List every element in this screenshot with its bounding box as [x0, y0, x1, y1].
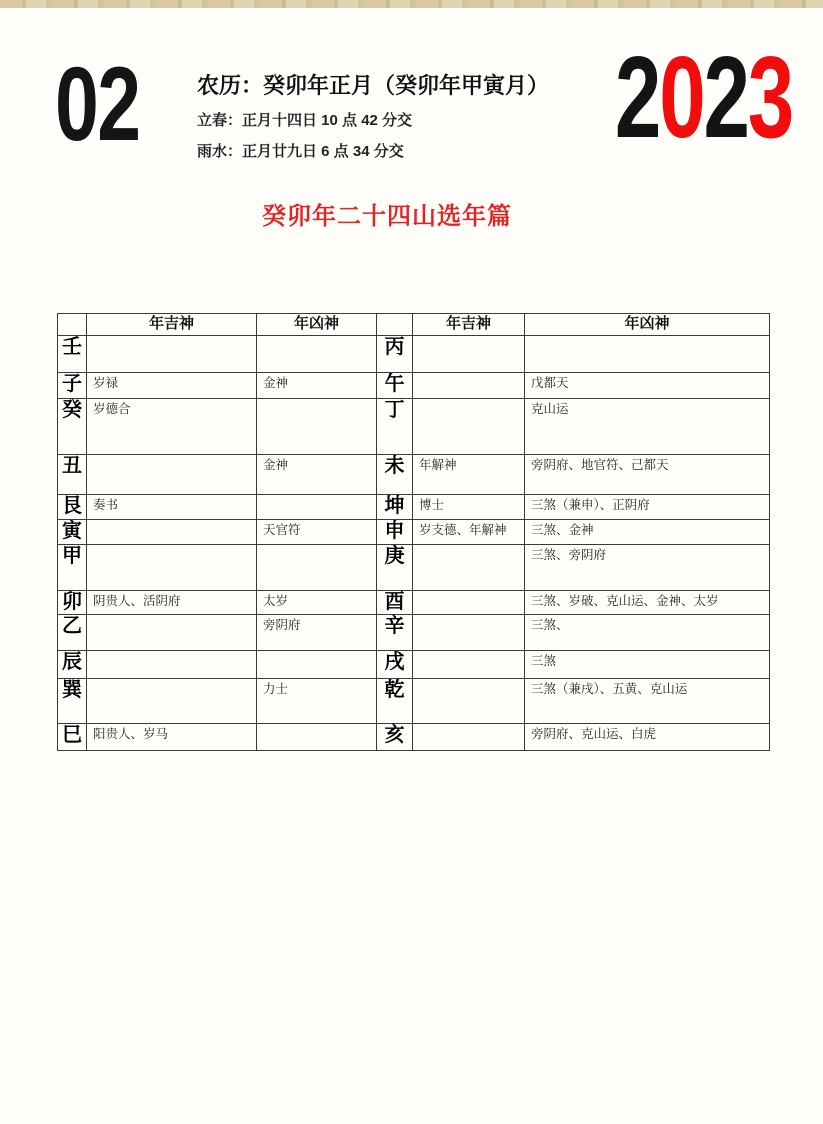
mountain-cell: 子 [58, 373, 87, 399]
top-decorative-border [0, 0, 823, 8]
table-row: 巽 力士 乾 三煞（兼戌）、五黄、克山运 [58, 679, 770, 724]
xiong-cell: 金神 [257, 455, 377, 495]
xiong-cell: 三煞、岁破、克山运、金神、太岁 [525, 591, 770, 615]
ji-cell: 岁德合 [87, 399, 257, 455]
header-ji-left: 年吉神 [87, 314, 257, 336]
header-blank-right [377, 314, 413, 336]
mountain-cell: 艮 [58, 495, 87, 520]
ji-cell [413, 373, 525, 399]
xiong-cell: 三煞、 [525, 615, 770, 651]
mountain-cell: 酉 [377, 591, 413, 615]
mountain-cell: 戌 [377, 651, 413, 679]
table-row: 卯 阴贵人、活阴府 太岁 酉 三煞、岁破、克山运、金神、太岁 [58, 591, 770, 615]
mountain-cell: 壬 [58, 336, 87, 373]
ji-cell: 阳贵人、岁马 [87, 724, 257, 751]
xiong-cell: 三煞、金神 [525, 520, 770, 545]
table-row: 壬 丙 [58, 336, 770, 373]
table-row: 巳 阳贵人、岁马 亥 旁阴府、克山运、白虎 [58, 724, 770, 751]
header-text-block: 农历：癸卯年正月（癸卯年甲寅月） 立春：正月十四日 10 点 42 分交 雨水：… [197, 72, 549, 175]
mountain-cell: 巳 [58, 724, 87, 751]
xiong-cell: 太岁 [257, 591, 377, 615]
mountain-cell: 亥 [377, 724, 413, 751]
year-digit-4: 3 [748, 32, 792, 162]
mountain-cell: 辰 [58, 651, 87, 679]
xiong-cell [257, 545, 377, 591]
xiong-cell: 三煞（兼戌）、五黄、克山运 [525, 679, 770, 724]
year-digit-1: 2 [615, 32, 659, 162]
mountain-cell: 丁 [377, 399, 413, 455]
ji-cell [87, 545, 257, 591]
xiong-cell [257, 399, 377, 455]
ji-cell: 博士 [413, 495, 525, 520]
mountain-cell: 丑 [58, 455, 87, 495]
section-title: 癸卯年二十四山选年篇 [57, 196, 717, 231]
year-digit-3: 2 [703, 32, 747, 162]
xiong-cell [257, 724, 377, 751]
lunar-date-line: 农历：癸卯年正月（癸卯年甲寅月） [197, 72, 549, 100]
mountain-cell: 辛 [377, 615, 413, 651]
mountain-cell: 巽 [58, 679, 87, 724]
mountain-cell: 卯 [58, 591, 87, 615]
header-ji-right: 年吉神 [413, 314, 525, 336]
ji-cell: 岁禄 [87, 373, 257, 399]
mountain-cell: 寅 [58, 520, 87, 545]
ji-cell [413, 615, 525, 651]
ji-cell [87, 651, 257, 679]
table-row: 辰 戌 三煞 [58, 651, 770, 679]
xiong-cell: 三煞 [525, 651, 770, 679]
mountain-cell: 坤 [377, 495, 413, 520]
day-number: 02 [55, 52, 140, 157]
mountain-cell: 未 [377, 455, 413, 495]
table-row: 丑 金神 未 年解神 旁阴府、地官符、己都天 [58, 455, 770, 495]
xiong-cell: 旁阴府、克山运、白虎 [525, 724, 770, 751]
ji-cell [87, 336, 257, 373]
almanac-page: { "colors": { "accent_red": "#f10d0d", "… [0, 0, 823, 1124]
ji-cell [413, 724, 525, 751]
ji-cell [413, 545, 525, 591]
mountain-cell: 丙 [377, 336, 413, 373]
mountain-cell: 甲 [58, 545, 87, 591]
xiong-cell: 金神 [257, 373, 377, 399]
mountain-cell: 乙 [58, 615, 87, 651]
table-header-row: 年吉神 年凶神 年吉神 年凶神 [58, 314, 770, 336]
header-blank-left [58, 314, 87, 336]
xiong-cell: 天官符 [257, 520, 377, 545]
xiong-cell: 克山运 [525, 399, 770, 455]
mountain-cell: 癸 [58, 399, 87, 455]
ji-cell: 年解神 [413, 455, 525, 495]
solar-term-yushui: 雨水：正月廿九日 6 点 34 分交 [197, 144, 549, 160]
ji-cell [87, 615, 257, 651]
xiong-cell [525, 336, 770, 373]
header-xiong-right: 年凶神 [525, 314, 770, 336]
ji-cell: 奏书 [87, 495, 257, 520]
table-row: 寅 天官符 申 岁支德、年解神 三煞、金神 [58, 520, 770, 545]
xiong-cell [257, 336, 377, 373]
ji-cell [413, 651, 525, 679]
ji-cell [87, 520, 257, 545]
year-digit-2: 0 [659, 32, 703, 162]
table-row: 癸 岁德合 丁 克山运 [58, 399, 770, 455]
xiong-cell [257, 495, 377, 520]
header-xiong-left: 年凶神 [257, 314, 377, 336]
ji-cell [87, 679, 257, 724]
xiong-cell: 三煞、旁阴府 [525, 545, 770, 591]
ji-cell: 岁支德、年解神 [413, 520, 525, 545]
table-row: 子 岁禄 金神 午 戊都天 [58, 373, 770, 399]
ji-cell [413, 399, 525, 455]
xiong-cell: 三煞（兼申）、正阴府 [525, 495, 770, 520]
table-row: 甲 庚 三煞、旁阴府 [58, 545, 770, 591]
ji-cell: 阴贵人、活阴府 [87, 591, 257, 615]
ji-cell [413, 679, 525, 724]
xiong-cell: 力士 [257, 679, 377, 724]
ji-cell [413, 336, 525, 373]
mountain-cell: 午 [377, 373, 413, 399]
table-row: 乙 旁阴府 辛 三煞、 [58, 615, 770, 651]
year-number: 2023 [615, 42, 792, 152]
xiong-cell: 戊都天 [525, 373, 770, 399]
xiong-cell: 旁阴府、地官符、己都天 [525, 455, 770, 495]
almanac-table-container: 年吉神 年凶神 年吉神 年凶神 壬 丙 子 岁禄 金神 午 戊都天 癸 岁德合 … [57, 313, 770, 751]
xiong-cell [257, 651, 377, 679]
almanac-table: 年吉神 年凶神 年吉神 年凶神 壬 丙 子 岁禄 金神 午 戊都天 癸 岁德合 … [57, 313, 770, 751]
xiong-cell: 旁阴府 [257, 615, 377, 651]
mountain-cell: 庚 [377, 545, 413, 591]
ji-cell [87, 455, 257, 495]
table-row: 艮 奏书 坤 博士 三煞（兼申）、正阴府 [58, 495, 770, 520]
ji-cell [413, 591, 525, 615]
solar-term-lichun: 立春：正月十四日 10 点 42 分交 [197, 113, 549, 129]
mountain-cell: 申 [377, 520, 413, 545]
mountain-cell: 乾 [377, 679, 413, 724]
